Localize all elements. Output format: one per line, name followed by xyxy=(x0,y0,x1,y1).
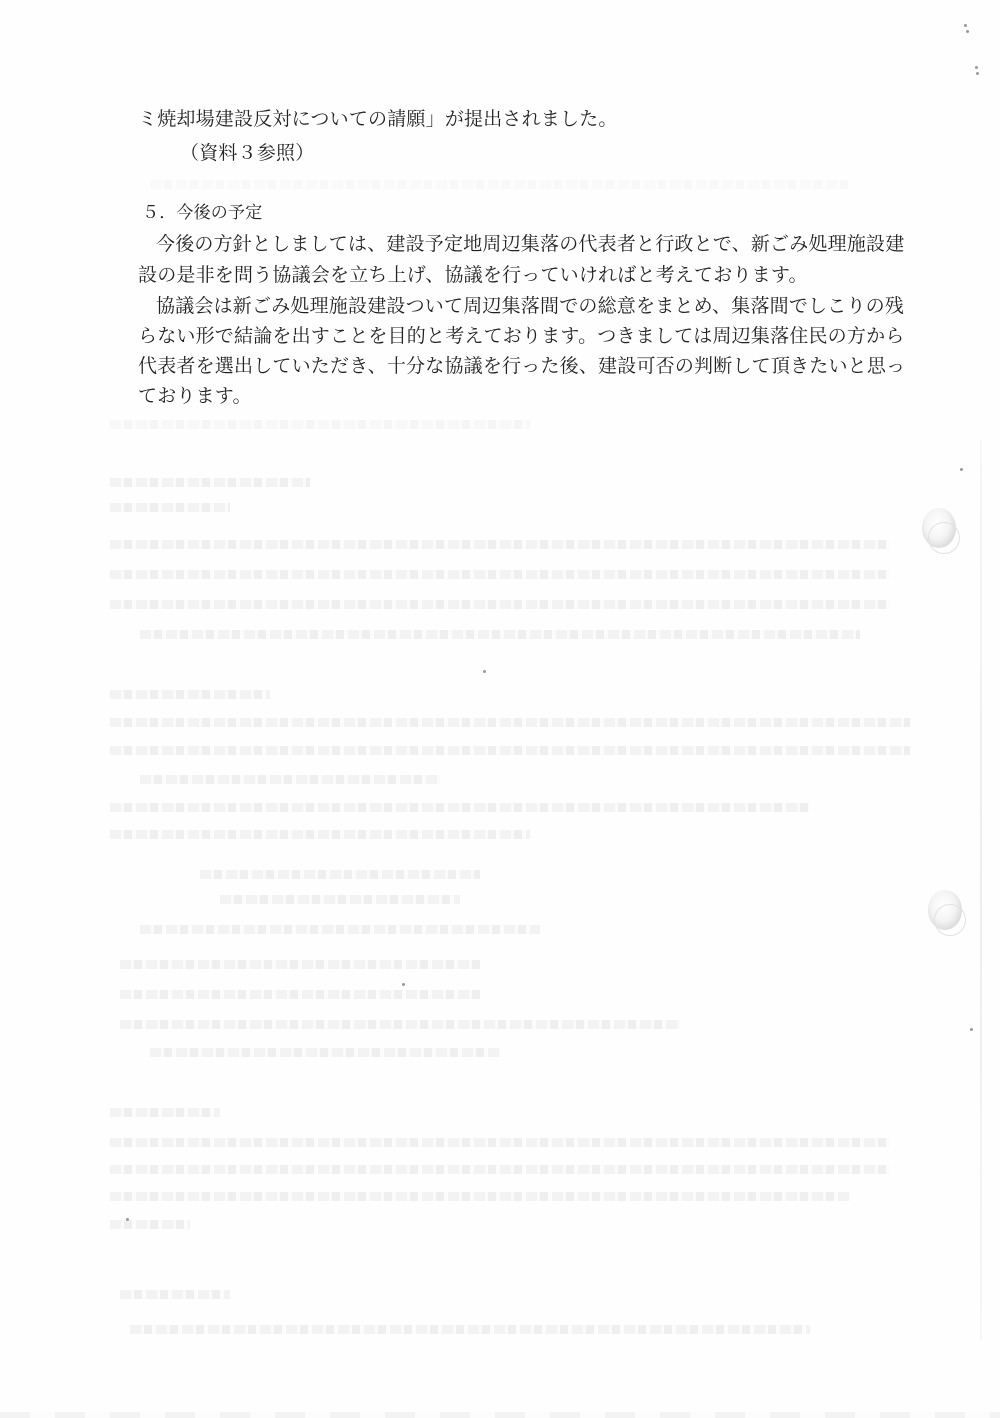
bleed-line xyxy=(110,503,230,512)
bleed-line xyxy=(120,1020,680,1029)
bleed-line xyxy=(110,830,530,839)
bleed-line xyxy=(150,180,850,189)
bleed-line xyxy=(110,718,910,727)
bleed-line xyxy=(120,1290,230,1299)
paragraph-2-line-4: ております。 xyxy=(138,383,252,409)
scan-speck xyxy=(964,24,967,27)
scan-speck xyxy=(960,468,963,471)
scanned-page: ミ焼却場建設反対についての請願」が提出されました。 （資料３参照） ５．今後の予… xyxy=(0,0,1000,1418)
section-heading: ５．今後の予定 xyxy=(142,200,262,226)
scan-speck xyxy=(402,983,405,986)
bleed-line xyxy=(110,1192,850,1201)
bleed-line xyxy=(140,925,540,934)
bleed-line xyxy=(150,1048,500,1057)
scan-speck xyxy=(126,1218,129,1221)
bleed-line xyxy=(110,540,890,549)
paragraph-1-line-1: 今後の方針としましては、建設予定地周辺集落の代表者と行政とで、新ごみ処理施設建 xyxy=(156,231,904,257)
paragraph-2-line-3: 代表者を選出していただき、十分な協議を行った後、建設可否の判断して頂きたいと思っ xyxy=(138,353,905,379)
bleed-line xyxy=(140,630,860,639)
bleed-line xyxy=(110,600,890,609)
bleed-line xyxy=(110,1165,890,1174)
scan-speck xyxy=(483,670,486,673)
punch-hole-upper xyxy=(922,508,956,548)
scan-speck xyxy=(970,1028,973,1031)
bleed-line xyxy=(140,775,440,784)
bleed-line xyxy=(110,1108,220,1117)
paragraph-2-line-2: らない形で結論を出すことを目的と考えております。つきましては周辺集落住民の方から xyxy=(138,323,904,349)
bleed-line xyxy=(110,690,270,699)
bleed-line xyxy=(220,895,460,904)
bleed-line xyxy=(110,803,810,812)
bleed-line xyxy=(110,1220,190,1229)
bleed-line xyxy=(110,478,310,487)
bleed-line xyxy=(120,960,480,969)
paragraph-2-line-1: 協議会は新ごみ処理施設建設ついて周辺集落間での総意をまとめ、集落間でしこりの残 xyxy=(156,293,904,319)
page-edge-right xyxy=(980,440,982,1340)
scan-speck xyxy=(975,66,978,69)
bleed-line xyxy=(110,746,910,755)
bleed-line xyxy=(110,570,890,579)
reference-note: （資料３参照） xyxy=(180,140,314,166)
paragraph-1-line-2: 設の是非を問う協議会を立ち上げ、協議を行っていければと考えております。 xyxy=(138,262,808,288)
bleed-line xyxy=(130,1325,810,1334)
punch-hole-lower xyxy=(928,890,962,930)
bleed-line xyxy=(120,990,480,999)
paragraph-continuation-line: ミ焼却場建設反対についての請願」が提出されました。 xyxy=(138,106,618,132)
scan-speck xyxy=(966,30,969,33)
bleed-line xyxy=(110,420,530,429)
scan-speck xyxy=(976,72,979,75)
bleed-line xyxy=(110,1138,890,1147)
page-edge-bottom xyxy=(0,1412,1000,1418)
bleed-line xyxy=(200,870,480,879)
